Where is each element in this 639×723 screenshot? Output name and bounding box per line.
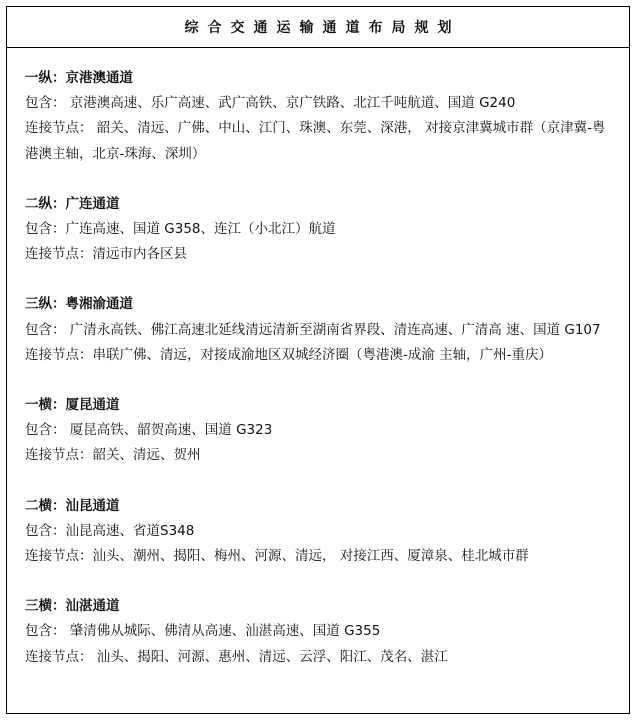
section-nodes: 连接节点：清远市内各区县	[25, 242, 629, 267]
section-corridor-6: 三横：汕湛通道 包含： 肇清佛从城际、佛清从高速、汕湛高速、国道 G355 连接…	[25, 594, 629, 670]
section-nodes: 连接节点：串联广佛、清远，对接成渝地区双城经济圈（粤港澳-成渝 主轴，广州-重庆…	[25, 343, 629, 368]
section-corridor-4: 一横：厦昆通道 包含： 厦昆高铁、韶贺高速、国道 G323 连接节点：韶关、清远…	[25, 393, 629, 469]
section-heading: 一纵：京港澳通道	[25, 66, 629, 91]
section-corridor-5: 二横：汕昆通道 包含：汕昆高速、省道S348 连接节点：汕头、潮州、揭阳、梅州、…	[25, 494, 629, 570]
title-header: 综合交通运输通道布局规划	[7, 7, 629, 48]
section-contains: 包含： 广清永高铁、佛江高速北延线清远清新至湖南省界段、清连高速、广清高 速、国…	[25, 318, 613, 343]
section-nodes: 连接节点：韶关、清远、贺州	[25, 443, 629, 468]
section-heading: 三横：汕湛通道	[25, 594, 629, 619]
section-nodes: 连接节点：汕头、潮州、揭阳、梅州、河源、清远， 对接江西、厦漳泉、桂北城市群	[25, 544, 629, 569]
document-frame: 综合交通运输通道布局规划 一纵：京港澳通道 包含： 京港澳高速、乐广高速、武广高…	[6, 6, 630, 714]
document-body: 一纵：京港澳通道 包含： 京港澳高速、乐广高速、武广高铁、京广铁路、北江千吨航道…	[7, 48, 629, 670]
section-heading: 二纵：广连通道	[25, 192, 629, 217]
section-nodes: 连接节点： 韶关、清远、广佛、中山、江门、珠澳、东莞、深港， 对接京津冀城市群（…	[25, 116, 613, 166]
section-heading: 一横：厦昆通道	[25, 393, 629, 418]
section-corridor-3: 三纵：粤湘渝通道 包含： 广清永高铁、佛江高速北延线清远清新至湖南省界段、清连高…	[25, 292, 629, 368]
section-heading: 二横：汕昆通道	[25, 494, 629, 519]
section-contains: 包含：广连高速、国道 G358、连江（小北江）航道	[25, 217, 629, 242]
document-title: 综合交通运输通道布局规划	[176, 17, 461, 37]
section-corridor-2: 二纵：广连通道 包含：广连高速、国道 G358、连江（小北江）航道 连接节点：清…	[25, 192, 629, 268]
section-corridor-1: 一纵：京港澳通道 包含： 京港澳高速、乐广高速、武广高铁、京广铁路、北江千吨航道…	[25, 66, 629, 167]
section-contains: 包含： 肇清佛从城际、佛清从高速、汕湛高速、国道 G355	[25, 619, 629, 644]
section-heading: 三纵：粤湘渝通道	[25, 292, 629, 317]
section-contains: 包含：汕昆高速、省道S348	[25, 519, 629, 544]
section-contains: 包含： 京港澳高速、乐广高速、武广高铁、京广铁路、北江千吨航道、国道 G240	[25, 91, 629, 116]
section-contains: 包含： 厦昆高铁、韶贺高速、国道 G323	[25, 418, 629, 443]
section-nodes: 连接节点： 汕头、揭阳、河源、惠州、清远、云浮、阳江、茂名、湛江	[25, 645, 629, 670]
